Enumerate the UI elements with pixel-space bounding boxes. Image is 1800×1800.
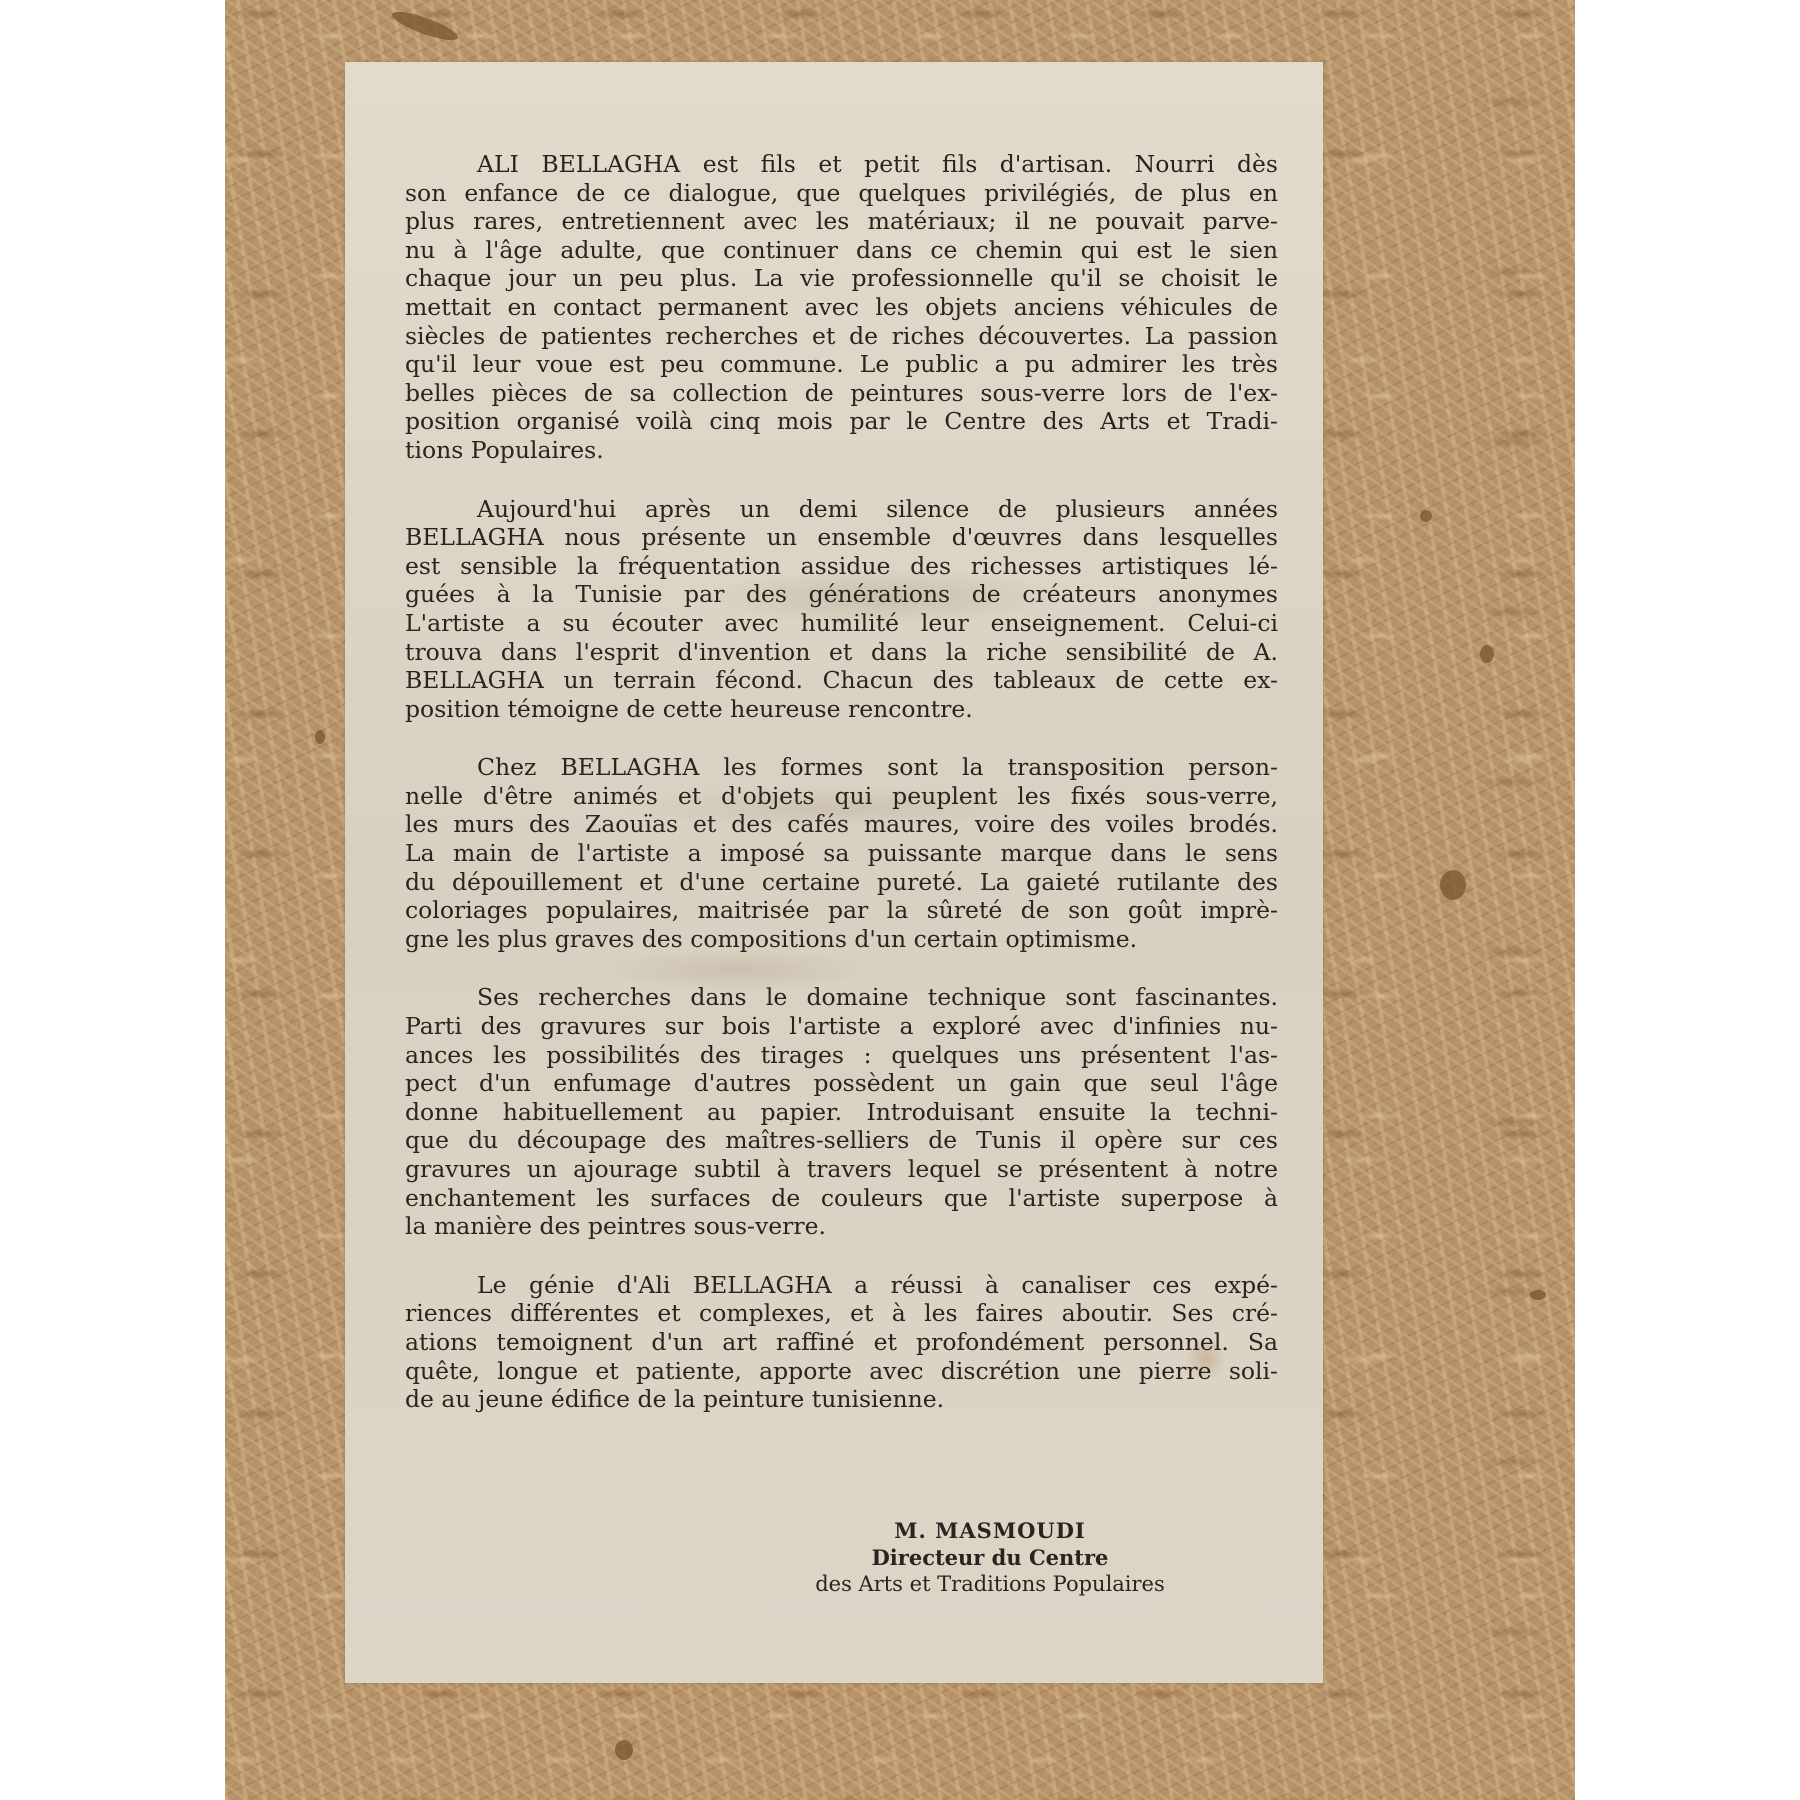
wood-chip <box>1530 1290 1546 1300</box>
text-line: ations temoignent d'un art raffiné et pr… <box>405 1328 1278 1357</box>
text-line: les murs des Zaouïas et des cafés maures… <box>405 810 1278 839</box>
text-line: donne habituellement au papier. Introdui… <box>405 1098 1278 1127</box>
text-line: guées à la Tunisie par des générations d… <box>405 580 1278 609</box>
text-line: position organisé voilà cinq mois par le… <box>405 407 1278 436</box>
signature-title: Directeur du Centre <box>790 1544 1190 1571</box>
text-line: du dépouillement et d'une certaine puret… <box>405 868 1278 897</box>
text-line: Le génie d'Ali BELLAGHA a réussi à canal… <box>405 1271 1278 1300</box>
text-line: tions Populaires. <box>405 436 1278 465</box>
signature-organization: des Arts et Traditions Populaires <box>790 1571 1190 1598</box>
text-line: La main de l'artiste a imposé sa puissan… <box>405 839 1278 868</box>
text-line: son enfance de ce dialogue, que quelques… <box>405 179 1278 208</box>
text-line: BELLAGHA nous présente un ensemble d'œuv… <box>405 523 1278 552</box>
wood-chip <box>315 730 325 744</box>
text-line: Aujourd'hui après un demi silence de plu… <box>405 495 1278 524</box>
text-line: mettait en contact permanent avec les ob… <box>405 293 1278 322</box>
text-line: riences différentes et complexes, et à l… <box>405 1299 1278 1328</box>
article-body: ALI BELLAGHA est fils et petit fils d'ar… <box>405 150 1278 1444</box>
text-line: Parti des gravures sur bois l'artiste a … <box>405 1012 1278 1041</box>
signature-block: M. MASMOUDI Directeur du Centre des Arts… <box>790 1517 1190 1598</box>
text-line: belles pièces de sa collection de peintu… <box>405 379 1278 408</box>
text-line: que du découpage des maîtres-selliers de… <box>405 1126 1278 1155</box>
text-line: est sensible la fréquentation assidue de… <box>405 552 1278 581</box>
text-line: qu'il leur voue est peu commune. Le publ… <box>405 350 1278 379</box>
text-line: BELLAGHA un terrain fécond. Chacun des t… <box>405 666 1278 695</box>
text-line: la manière des peintres sous-verre. <box>405 1212 1278 1241</box>
text-line: Ses recherches dans le domaine technique… <box>405 983 1278 1012</box>
paragraph: Chez BELLAGHA les formes sont la transpo… <box>405 753 1278 953</box>
printed-sheet: ALI BELLAGHA est fils et petit fils d'ar… <box>345 62 1323 1683</box>
text-line: chaque jour un peu plus. La vie professi… <box>405 264 1278 293</box>
text-line: gne les plus graves des compositions d'u… <box>405 925 1278 954</box>
text-line: nelle d'être animés et d'objets qui peup… <box>405 782 1278 811</box>
paragraph: ALI BELLAGHA est fils et petit fils d'ar… <box>405 150 1278 465</box>
wood-chip <box>1440 870 1466 900</box>
text-line: position témoigne de cette heureuse renc… <box>405 695 1278 724</box>
text-line: plus rares, entretiennent avec les matér… <box>405 207 1278 236</box>
paragraph: Le génie d'Ali BELLAGHA a réussi à canal… <box>405 1271 1278 1414</box>
text-line: siècles de patientes recherches et de ri… <box>405 322 1278 351</box>
wood-chip <box>615 1740 633 1760</box>
paragraph: Ses recherches dans le domaine technique… <box>405 983 1278 1240</box>
text-line: ALI BELLAGHA est fils et petit fils d'ar… <box>405 150 1278 179</box>
wood-chip <box>1480 645 1494 663</box>
text-line: ances les possibilités des tirages : que… <box>405 1041 1278 1070</box>
text-line: coloriages populaires, maitrisée par la … <box>405 896 1278 925</box>
text-line: trouva dans l'esprit d'invention et dans… <box>405 638 1278 667</box>
text-line: pect d'un enfumage d'autres possèdent un… <box>405 1069 1278 1098</box>
text-line: nu à l'âge adulte, que continuer dans ce… <box>405 236 1278 265</box>
signature-name: M. MASMOUDI <box>790 1517 1190 1544</box>
text-line: de au jeune édifice de la peinture tunis… <box>405 1385 1278 1414</box>
text-line: quête, longue et patiente, apporte avec … <box>405 1357 1278 1386</box>
text-line: Chez BELLAGHA les formes sont la transpo… <box>405 753 1278 782</box>
wood-chip <box>389 7 460 46</box>
paragraph: Aujourd'hui après un demi silence de plu… <box>405 495 1278 724</box>
wood-chip <box>1420 510 1432 522</box>
text-line: gravures un ajourage subtil à travers le… <box>405 1155 1278 1184</box>
text-line: L'artiste a su écouter avec humilité leu… <box>405 609 1278 638</box>
text-line: enchantement les surfaces de couleurs qu… <box>405 1184 1278 1213</box>
